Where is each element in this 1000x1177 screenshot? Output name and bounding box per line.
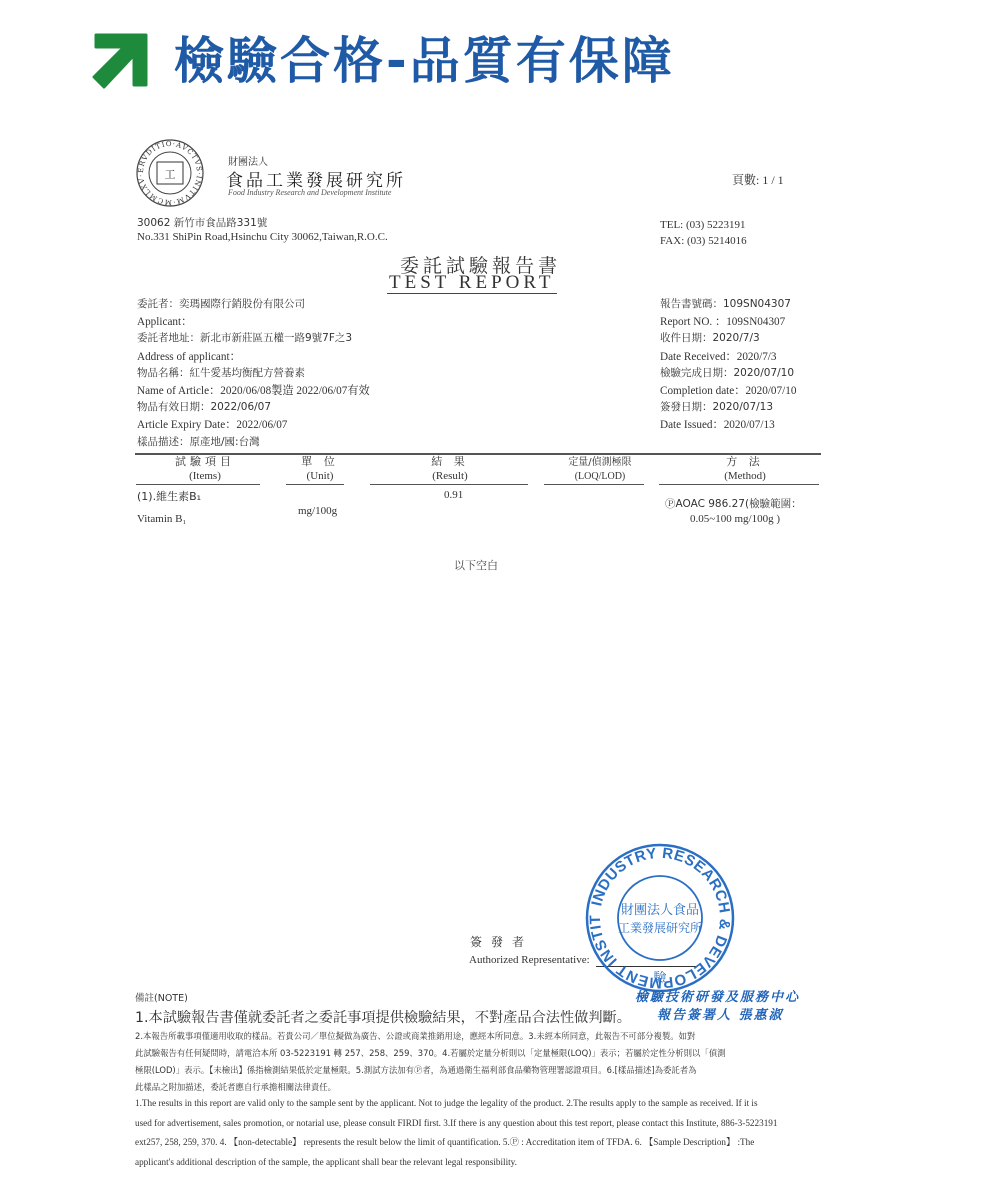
col-header-result: 結 果 (Result) bbox=[400, 455, 500, 483]
info-value: 奕瑪國際行銷股份有限公司 bbox=[179, 298, 305, 310]
note-en-line: ext257, 258, 259, 370. 4. 【non-detectabl… bbox=[135, 1133, 825, 1153]
info-row: Completion date：2020/07/10 bbox=[660, 382, 796, 398]
info-label: 樣品描述： bbox=[137, 436, 190, 448]
info-value: 2020/06/08製造 2022/06/07有效 bbox=[220, 385, 369, 397]
info-label: Report NO. ： bbox=[660, 316, 726, 328]
institute-seal-icon: ERVDITIO·AVCTVS·INITVM·MCMLXV· 工 bbox=[135, 138, 205, 208]
col-header-loq-lod: 定量/偵測極限 (LOQ/LOD) bbox=[545, 455, 655, 484]
info-row: 樣品描述：原產地/國:台灣 bbox=[137, 434, 260, 449]
info-row: 物品有效日期：2022/06/07 bbox=[137, 399, 271, 414]
col-rule-items bbox=[136, 484, 260, 485]
info-label: Article Expiry Date： bbox=[137, 419, 236, 431]
info-row: 委託者地址：新北市新莊區五權一路9號7F之3 bbox=[137, 330, 352, 345]
info-label: 物品名稱： bbox=[137, 367, 190, 379]
info-row: Date Received：2020/7/3 bbox=[660, 348, 777, 364]
end-of-report-note: 以下空白 bbox=[454, 557, 498, 573]
info-label: 報告書號碼： bbox=[660, 298, 723, 310]
info-row: 報告書號碼：109SN04307 bbox=[660, 296, 791, 311]
info-row: Applicant： bbox=[137, 313, 192, 329]
note-cn-line: 極限(LOD)」表示。【未檢出】係指檢測結果低於定量極限。5.測試方法加有Ⓟ者，… bbox=[135, 1062, 825, 1079]
info-value: 2020/07/13 bbox=[724, 419, 775, 431]
info-value: 原產地/國:台灣 bbox=[190, 436, 260, 448]
svg-text:工: 工 bbox=[165, 168, 176, 181]
info-row: 檢驗完成日期：2020/07/10 bbox=[660, 365, 794, 380]
svg-text:財團法人食品: 財團法人食品 bbox=[621, 902, 699, 918]
info-row: Name of Article：2020/06/08製造 2022/06/07有… bbox=[137, 382, 370, 398]
stamp-center-name: 檢驗技術研發及服務中心 bbox=[635, 986, 800, 1005]
col-header-unit: 單 位 (Unit) bbox=[290, 455, 350, 483]
page-count: 頁數: 1 / 1 bbox=[732, 171, 784, 188]
info-row: 物品名稱：紅牛愛基均衡配方營養素 bbox=[137, 365, 305, 380]
info-value: 2020/07/10 bbox=[745, 385, 796, 397]
info-value: 2020/7/3 bbox=[737, 351, 777, 363]
info-row: Article Expiry Date：2022/06/07 bbox=[137, 416, 287, 432]
info-value: 109SN04307 bbox=[723, 298, 791, 310]
col-header-items: 試驗項目 (Items) bbox=[150, 455, 260, 483]
tel: TEL: (03) 5223191 bbox=[660, 219, 746, 231]
info-label: Date Received： bbox=[660, 351, 737, 363]
info-label: Name of Article： bbox=[137, 385, 220, 397]
info-label: 收件日期： bbox=[660, 332, 713, 344]
info-label: Completion date： bbox=[660, 385, 745, 397]
info-value: 2022/06/07 bbox=[236, 419, 287, 431]
official-stamp-icon: INDUSTRY RESEARCH & DEVELOPMENT INSTITUT… bbox=[584, 842, 736, 994]
info-row: Address of applicant： bbox=[137, 348, 241, 364]
info-label: Date Issued： bbox=[660, 419, 724, 431]
info-row: 委託者：奕瑪國際行銷股份有限公司 bbox=[137, 296, 305, 311]
info-value: 2020/7/3 bbox=[713, 332, 760, 344]
info-label: 委託者： bbox=[137, 298, 179, 310]
banner-title: 檢驗合格-品質有保障 bbox=[174, 36, 675, 86]
note-cn-line: 此試驗報告有任何疑問時，請電洽本所 03-5223191 轉 257、258、2… bbox=[135, 1045, 825, 1062]
info-row: 收件日期：2020/7/3 bbox=[660, 330, 760, 345]
signer-label-en: Authorized Representative: bbox=[469, 954, 590, 966]
note-1: 1.本試驗報告書僅就委託者之委託事項提供檢驗結果，不對產品合法性做判斷。 bbox=[135, 1007, 631, 1027]
item-en: Vitamin B₁ bbox=[137, 513, 186, 525]
banner: 檢驗合格-品質有保障 bbox=[90, 26, 675, 96]
col-rule-loq-lod bbox=[544, 484, 644, 485]
report-title-en: TEST REPORT bbox=[387, 273, 557, 294]
note-en-line: used for advertisement, sales promotion,… bbox=[135, 1114, 825, 1134]
svg-text:驗: 驗 bbox=[652, 971, 667, 986]
note-cn-line: 2.本報告所載事項僅適用收取的樣品。若貴公司／單位擬做為廣告、公證或商業推銷用途… bbox=[135, 1028, 825, 1045]
info-value: 2020/07/13 bbox=[713, 401, 774, 413]
unit: mg/100g bbox=[298, 505, 337, 517]
info-value: 2020/07/10 bbox=[734, 367, 795, 379]
stamp-signer: 報告簽署人 張惠淑 bbox=[657, 1004, 784, 1023]
info-row: 簽發日期：2020/07/13 bbox=[660, 399, 773, 414]
arrow-up-right-icon bbox=[90, 31, 150, 91]
address-cn: 30062 新竹市食品路331號 bbox=[137, 215, 267, 230]
info-label: 檢驗完成日期： bbox=[660, 367, 734, 379]
col-header-method: 方 法 (Method) bbox=[680, 455, 810, 483]
col-rule-method bbox=[659, 484, 819, 485]
info-row: Date Issued：2020/07/13 bbox=[660, 416, 775, 432]
signer-label-cn: 簽發者 bbox=[470, 933, 533, 950]
info-label: 物品有效日期： bbox=[137, 401, 211, 413]
col-rule-result bbox=[370, 484, 528, 485]
info-value: 109SN04307 bbox=[726, 316, 785, 328]
info-label: 委託者地址： bbox=[137, 332, 200, 344]
info-value: 新北市新莊區五權一路9號7F之3 bbox=[200, 332, 352, 344]
item-cn: (1).維生素B₁ bbox=[137, 488, 201, 504]
info-label: 簽發日期： bbox=[660, 401, 713, 413]
address-en: No.331 ShiPin Road,Hsinchu City 30062,Ta… bbox=[137, 231, 388, 243]
method-line2: 0.05~100 mg/100g ) bbox=[690, 513, 780, 525]
svg-text:工業發展研究所: 工業發展研究所 bbox=[618, 920, 702, 935]
result-value: 0.91 bbox=[444, 489, 463, 501]
note-en-line: 1.The results in this report are valid o… bbox=[135, 1094, 825, 1114]
info-label: Applicant： bbox=[137, 316, 192, 328]
fax: FAX: (03) 5214016 bbox=[660, 235, 747, 247]
col-rule-unit bbox=[286, 484, 344, 485]
info-value: 2022/06/07 bbox=[211, 401, 272, 413]
org-name-en: Food Industry Research and Development I… bbox=[228, 188, 391, 197]
notes-label: 備註(NOTE) bbox=[135, 990, 188, 1004]
info-label: Address of applicant： bbox=[137, 351, 241, 363]
info-row: Report NO. ：109SN04307 bbox=[660, 313, 785, 329]
note-en-line: applicant's additional description of th… bbox=[135, 1153, 825, 1173]
method-line1: ⓅAOAC 986.27(檢驗範圍： bbox=[665, 496, 802, 511]
info-value: 紅牛愛基均衡配方營養素 bbox=[190, 367, 306, 379]
